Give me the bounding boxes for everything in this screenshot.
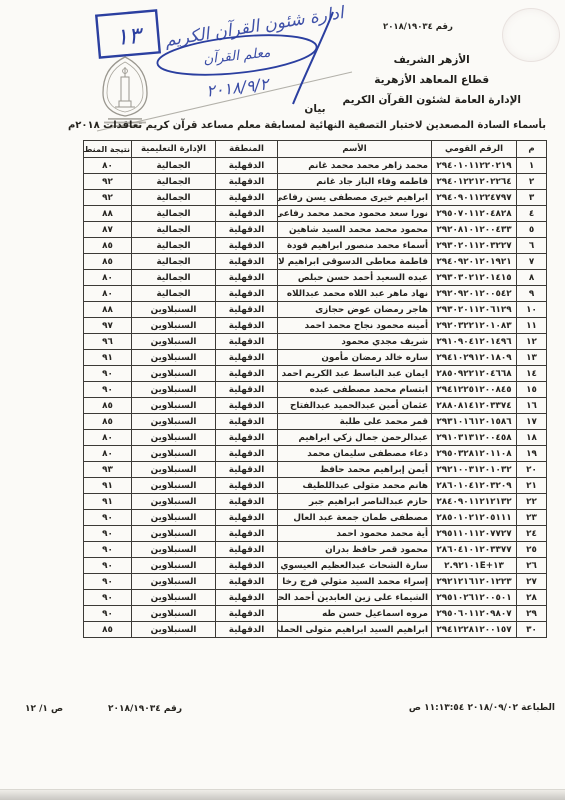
table-row: ٢٣٢٨٥٠١٠٢١٢٠٥١١١مصطفى طمان جمعة عبد العا… xyxy=(84,510,547,526)
cell-admin: السنبلاوين xyxy=(132,558,216,574)
cell-score: ٩٠ xyxy=(84,542,132,558)
cell-score: ٩٠ xyxy=(84,382,132,398)
handwritten-box-number: ١٣ xyxy=(115,23,146,51)
org-line-1: الأزهر الشريف xyxy=(342,50,521,70)
cell-score: ٨٠ xyxy=(84,286,132,302)
table-header-row: م الرقم القومي الأسم المنطقة الإدارة الت… xyxy=(84,141,547,158)
cell-national-id: ٢٩٤١٢٢٥١٢٠٠٨٤٥ xyxy=(432,382,517,398)
cell-region: الدقهلية xyxy=(216,206,278,222)
table-row: ١٤٢٨٥٠٩٢٢١٢٠٤٦٦٨ايمان عبد الباسط عبد الك… xyxy=(84,366,547,382)
handwritten-office-note: ادارة شئون القرآن الكريم xyxy=(163,2,347,51)
page-subtitle: بأسماء السادة المصعدين لاختبار التصفية ا… xyxy=(84,120,546,131)
table-row: ٢٧٢٩٢١٢١٦١٢٠١٢٢٣إسراء محمد السيد متولي ف… xyxy=(84,574,547,590)
footer-page-number: ص ١/ ١٢ xyxy=(25,704,80,714)
cell-admin: السنبلاوين xyxy=(132,574,216,590)
cell-score: ٨٠ xyxy=(84,158,132,174)
cell-region: الدقهلية xyxy=(216,510,278,526)
cell-score: ٨٥ xyxy=(84,622,132,638)
cell-national-id: ٢٩٥١١٠١١٢٠٧٧٢٧ xyxy=(432,526,517,542)
cell-national-id: ٢٩٣١٠١٦١٢٠١٥٨٦ xyxy=(432,414,517,430)
cell-row-number: ١٢ xyxy=(517,334,547,350)
cell-admin: السنبلاوين xyxy=(132,366,216,382)
table-row: ١٩٢٩٥٠٣٢٨١٢٠١١٠٨دعاء مصطفى سليمان محمدال… xyxy=(84,446,547,462)
cell-row-number: ١٦ xyxy=(517,398,547,414)
cell-score: ٩٧ xyxy=(84,318,132,334)
cell-name: محمد زاهر محمد محمد غانم xyxy=(278,158,432,174)
cell-row-number: ٢٤ xyxy=(517,526,547,542)
col-header-number: م xyxy=(517,141,547,158)
cell-name: محمود قمر حافظ بدران xyxy=(278,542,432,558)
cell-name: سارة الشحات عبدالعظيم العيسوي xyxy=(278,558,432,574)
footer-doc-number: رقم ٢٠١٨/١٩٠٣٤ xyxy=(108,704,188,714)
cell-national-id: ٢٩٥٠٦٠١١٢٠٩٨٠٧ xyxy=(432,606,517,622)
cell-row-number: ٢٩ xyxy=(517,606,547,622)
cell-admin: السنبلاوين xyxy=(132,462,216,478)
cell-name: شريف مجدي محمود xyxy=(278,334,432,350)
table-row: ٢٥٢٨٦٠٤١٠١٢٠٣٣٧٧محمود قمر حافظ بدرانالدق… xyxy=(84,542,547,558)
cell-name: مروه اسماعيل حسن طه xyxy=(278,606,432,622)
cell-score: ٩٣ xyxy=(84,462,132,478)
cell-row-number: ٢٠ xyxy=(517,462,547,478)
cell-national-id: ٢٩٢١٠٠٣١٢٠١٠٣٢ xyxy=(432,462,517,478)
cell-name: ساره خالد رمضان مأمون xyxy=(278,350,432,366)
handwritten-date: ٢٠١٨/٩/٢ xyxy=(205,74,272,101)
cell-row-number: ٩ xyxy=(517,286,547,302)
cell-row-number: ١٩ xyxy=(517,446,547,462)
cell-score: ٩٠ xyxy=(84,590,132,606)
cell-admin: السنبلاوين xyxy=(132,318,216,334)
cell-region: الدقهلية xyxy=(216,494,278,510)
cell-row-number: ٢٢ xyxy=(517,494,547,510)
cell-region: الدقهلية xyxy=(216,478,278,494)
org-header: الأزهر الشريف قطاع المعاهد الأزهرية الإد… xyxy=(342,50,521,110)
cell-score: ٨٨ xyxy=(84,302,132,318)
cell-row-number: ٥ xyxy=(517,222,547,238)
cell-score: ٨٥ xyxy=(84,398,132,414)
table-body: ١٢٩٤٠١٠١١٢٢٠٢١٩محمد زاهر محمد محمد غانما… xyxy=(84,158,547,638)
cell-row-number: ١ xyxy=(517,158,547,174)
cell-name: أية محمد محمود احمد xyxy=(278,526,432,542)
cell-admin: السنبلاوين xyxy=(132,414,216,430)
cell-admin: الجمالية xyxy=(132,270,216,286)
footer-print-info: الطباعة ٢٠١٨/٠٩/٠٢ ١١:١٣:٥٤ ص xyxy=(415,703,555,713)
cell-admin: السنبلاوين xyxy=(132,446,216,462)
cell-score: ٩٠ xyxy=(84,574,132,590)
col-header-region: المنطقة xyxy=(216,141,278,158)
cell-region: الدقهلية xyxy=(216,526,278,542)
cell-name: قمر محمد على طلبة xyxy=(278,414,432,430)
doc-number-top: رقم ٢٠١٨/١٩٠٣٤ xyxy=(383,22,453,32)
table-row: ١٥٢٩٤١٢٢٥١٢٠٠٨٤٥ابتسام محمد مصطفى عبدهال… xyxy=(84,382,547,398)
table-row: ١٢٩٤٠١٠١١٢٢٠٢١٩محمد زاهر محمد محمد غانما… xyxy=(84,158,547,174)
cell-row-number: ٢٦ xyxy=(517,558,547,574)
cell-admin: السنبلاوين xyxy=(132,510,216,526)
table-row: ٢٢٢٨٤٠٩٠١١٢١٢١٣٢حازم عبدالناصر ابراهيم ج… xyxy=(84,494,547,510)
cell-national-id: ٢٩٢١٢١٦١٢٠١٢٢٣ xyxy=(432,574,517,590)
table-row: ١١٢٩٢٠٣٢٢١٢٠١٠٨٣أمينه محمود نجاح محمد اح… xyxy=(84,318,547,334)
cell-row-number: ٦ xyxy=(517,238,547,254)
cell-national-id: ٢.٩٢١٠١E+١٣ xyxy=(432,558,517,574)
cell-row-number: ٣٠ xyxy=(517,622,547,638)
cell-row-number: ٣ xyxy=(517,190,547,206)
cell-score: ٨٥ xyxy=(84,414,132,430)
cell-row-number: ٢٣ xyxy=(517,510,547,526)
cell-row-number: ١٤ xyxy=(517,366,547,382)
cell-name: عبده السعيد أحمد حسن حبلص xyxy=(278,270,432,286)
table-row: ١٣٢٩٤١٠٢٩١٢٠١٨٠٩ساره خالد رمضان مأمونالد… xyxy=(84,350,547,366)
cell-name: ايمان عبد الباسط عبد الكريم احمد الجمال xyxy=(278,366,432,382)
cell-admin: السنبلاوين xyxy=(132,334,216,350)
cell-admin: السنبلاوين xyxy=(132,430,216,446)
cell-score: ٩٦ xyxy=(84,334,132,350)
cell-admin: الجمالية xyxy=(132,190,216,206)
cell-region: الدقهلية xyxy=(216,158,278,174)
table-row: ٢٢٩٤٠١٢٢١٢٠٢٢٦٤فاطمه وفاء الباز جاد غانم… xyxy=(84,174,547,190)
cell-row-number: ٢١ xyxy=(517,478,547,494)
cell-name: أمينه محمود نجاح محمد احمد xyxy=(278,318,432,334)
table-row: ٧٢٩٤٠٩٢٠١٢٠١٩٢١فاطمة معاطى الدسوقى ابراه… xyxy=(84,254,547,270)
page-title: بيان xyxy=(84,103,546,115)
al-azhar-logo-icon xyxy=(95,55,155,129)
cell-national-id: ٢٩٤١٢٢٨١٢٠٠١٥٧ xyxy=(432,622,517,638)
cell-region: الدقهلية xyxy=(216,398,278,414)
cell-national-id: ٢٩٥١٠٢٦١٢٠٠٥٠١ xyxy=(432,590,517,606)
cell-region: الدقهلية xyxy=(216,606,278,622)
cell-admin: الجمالية xyxy=(132,238,216,254)
cell-region: الدقهلية xyxy=(216,174,278,190)
cell-national-id: ٢٨٨٠٨١٤١٢٠٣٣٧٤ xyxy=(432,398,517,414)
cell-row-number: ٤ xyxy=(517,206,547,222)
cell-region: الدقهلية xyxy=(216,446,278,462)
cell-admin: السنبلاوين xyxy=(132,478,216,494)
table-row: ٢٨٢٩٥١٠٢٦١٢٠٠٥٠١الشيماء على زين العابدين… xyxy=(84,590,547,606)
cell-name: فاطمه وفاء الباز جاد غانم xyxy=(278,174,432,190)
cell-row-number: ١٥ xyxy=(517,382,547,398)
cell-region: الدقهلية xyxy=(216,270,278,286)
cell-region: الدقهلية xyxy=(216,238,278,254)
cell-score: ٩٢ xyxy=(84,174,132,190)
cell-row-number: ١٨ xyxy=(517,430,547,446)
results-table: م الرقم القومي الأسم المنطقة الإدارة الت… xyxy=(83,140,547,638)
cell-region: الدقهلية xyxy=(216,414,278,430)
cell-score: ٨٧ xyxy=(84,222,132,238)
cell-region: الدقهلية xyxy=(216,558,278,574)
cell-name: دعاء مصطفى سليمان محمد xyxy=(278,446,432,462)
cell-national-id: ٢٩١٠٩٠٤١٢٠١٤٩٦ xyxy=(432,334,517,350)
cell-region: الدقهلية xyxy=(216,382,278,398)
cell-name: أسماء محمد منصور ابراهيم فودة xyxy=(278,238,432,254)
cell-row-number: ٢ xyxy=(517,174,547,190)
cell-admin: السنبلاوين xyxy=(132,542,216,558)
cell-row-number: ١١ xyxy=(517,318,547,334)
cell-score: ٨٠ xyxy=(84,430,132,446)
cell-admin: السنبلاوين xyxy=(132,350,216,366)
cell-score: ٨٠ xyxy=(84,446,132,462)
cell-row-number: ٧ xyxy=(517,254,547,270)
cell-row-number: ١٣ xyxy=(517,350,547,366)
cell-admin: الجمالية xyxy=(132,158,216,174)
document-page: رقم ٢٠١٨/١٩٠٣٤ ادارة شئون القرآن الكريم … xyxy=(0,0,565,800)
col-header-name: الأسم xyxy=(278,141,432,158)
cell-national-id: ٢٩٤٠١٢٢١٢٠٢٢٦٤ xyxy=(432,174,517,190)
cell-national-id: ٢٩٣٠٢٠١١٢٠٦١٢٩ xyxy=(432,302,517,318)
cell-region: الدقهلية xyxy=(216,302,278,318)
cell-national-id: ٢٨٦٠٤١٠١٢٠٣٣٧٧ xyxy=(432,542,517,558)
cell-name: نورا سعد محمود محمد محمد رفاعى xyxy=(278,206,432,222)
cell-region: الدقهلية xyxy=(216,286,278,302)
cell-national-id: ٢٩٤٠٩٠١١٢٢٤٧٩٧ xyxy=(432,190,517,206)
cell-score: ٨٥ xyxy=(84,238,132,254)
cell-national-id: ٢٩٤٠١٠١١٢٢٠٢١٩ xyxy=(432,158,517,174)
cell-name: الشيماء على زين العابدين أحمد الحلو xyxy=(278,590,432,606)
cell-row-number: ١٧ xyxy=(517,414,547,430)
cell-region: الدقهلية xyxy=(216,366,278,382)
handwritten-circled-text: معلم القرآن xyxy=(202,44,271,68)
cell-region: الدقهلية xyxy=(216,350,278,366)
cell-national-id: ٢٩٤١٠٢٩١٢٠١٨٠٩ xyxy=(432,350,517,366)
table-row: ٤٢٩٥٠٧٠١١٢٠٤٨٢٨نورا سعد محمود محمد محمد … xyxy=(84,206,547,222)
cell-row-number: ٢٨ xyxy=(517,590,547,606)
cell-score: ٩١ xyxy=(84,350,132,366)
cell-admin: السنبلاوين xyxy=(132,398,216,414)
cell-admin: الجمالية xyxy=(132,254,216,270)
cell-region: الدقهلية xyxy=(216,590,278,606)
cell-score: ٩٠ xyxy=(84,510,132,526)
cell-row-number: ٨ xyxy=(517,270,547,286)
cell-score: ٩١ xyxy=(84,494,132,510)
cell-name: هاجر رمضان عوض حجازى xyxy=(278,302,432,318)
table-row: ١٦٢٨٨٠٨١٤١٢٠٣٣٧٤عثمان أمين عبدالحميد عبد… xyxy=(84,398,547,414)
table-row: ٢٠٢٩٢١٠٠٣١٢٠١٠٣٢أيمن إبراهيم محمد حافظال… xyxy=(84,462,547,478)
cell-national-id: ٢٩٥٠٣٢٨١٢٠١١٠٨ xyxy=(432,446,517,462)
col-header-admin: الإدارة التعليمية xyxy=(132,141,216,158)
cell-admin: السنبلاوين xyxy=(132,526,216,542)
table-row: ٢٩٢٩٥٠٦٠١١٢٠٩٨٠٧مروه اسماعيل حسن طهالدقه… xyxy=(84,606,547,622)
cell-region: الدقهلية xyxy=(216,318,278,334)
cell-national-id: ٢٩٣٠٢٠١١٢٠٣٢٢٧ xyxy=(432,238,517,254)
table-row: ٢١٢٨٦٠١٠٤١٢٠٣٢٠٩هانم محمد متولى عبداللطي… xyxy=(84,478,547,494)
cell-admin: السنبلاوين xyxy=(132,622,216,638)
cell-admin: الجمالية xyxy=(132,206,216,222)
cell-name: هانم محمد متولى عبداللطيف xyxy=(278,478,432,494)
cell-region: الدقهلية xyxy=(216,574,278,590)
cell-region: الدقهلية xyxy=(216,542,278,558)
cell-admin: السنبلاوين xyxy=(132,302,216,318)
table-row: ١٠٢٩٣٠٢٠١١٢٠٦١٢٩هاجر رمضان عوض حجازىالدق… xyxy=(84,302,547,318)
cell-score: ٩٠ xyxy=(84,526,132,542)
cell-score: ٩٠ xyxy=(84,558,132,574)
handwritten-circle xyxy=(156,29,319,82)
table-row: ٦٢٩٣٠٢٠١١٢٠٣٢٢٧أسماء محمد منصور ابراهيم … xyxy=(84,238,547,254)
cell-name: إسراء محمد السيد متولي فرج رخا xyxy=(278,574,432,590)
cell-score: ٩٠ xyxy=(84,606,132,622)
cell-admin: السنبلاوين xyxy=(132,606,216,622)
cell-score: ٩١ xyxy=(84,478,132,494)
cell-national-id: ٢٩٤٠٩٢٠١٢٠١٩٢١ xyxy=(432,254,517,270)
cell-national-id: ٢٨٦٠١٠٤١٢٠٣٢٠٩ xyxy=(432,478,517,494)
table-row: ٣٠٢٩٤١٢٢٨١٢٠٠١٥٧ابراهيم السيد ابراهيم مت… xyxy=(84,622,547,638)
cell-row-number: ٢٥ xyxy=(517,542,547,558)
cell-admin: السنبلاوين xyxy=(132,494,216,510)
cell-row-number: ٢٧ xyxy=(517,574,547,590)
table-row: ٥٢٩٢٠٨١٠١٢٠٠٤٣٣محمود محمد محمد السيد شاه… xyxy=(84,222,547,238)
cell-national-id: ٢٩١٠٣١٣١٢٠٠٤٥٨ xyxy=(432,430,517,446)
table-row: ٢٤٢٩٥١١٠١١٢٠٧٧٢٧أية محمد محمود احمدالدقه… xyxy=(84,526,547,542)
cell-national-id: ٢٩٥٠٧٠١١٢٠٤٨٢٨ xyxy=(432,206,517,222)
table-row: ١٨٢٩١٠٣١٣١٢٠٠٤٥٨عبدالرحمن جمال زكي ابراه… xyxy=(84,430,547,446)
cell-region: الدقهلية xyxy=(216,430,278,446)
cell-national-id: ٢٨٥٠١٠٢١٢٠٥١١١ xyxy=(432,510,517,526)
table-row: ١٧٢٩٣١٠١٦١٢٠١٥٨٦قمر محمد على طلبةالدقهلي… xyxy=(84,414,547,430)
cell-national-id: ٢٨٤٠٩٠١١٢١٢١٣٢ xyxy=(432,494,517,510)
col-header-national-id: الرقم القومي xyxy=(432,141,517,158)
cell-admin: السنبلاوين xyxy=(132,382,216,398)
cell-national-id: ٢٩٢٠٣٢٢١٢٠١٠٨٣ xyxy=(432,318,517,334)
scan-edge xyxy=(0,789,565,800)
col-header-score: نتيجة المنطقة xyxy=(84,141,132,158)
cell-admin: الجمالية xyxy=(132,174,216,190)
cell-name: نهاد ماهر عبد اللاه محمد عبداللاه xyxy=(278,286,432,302)
cell-national-id: ٢٨٥٠٩٢٢١٢٠٤٦٦٨ xyxy=(432,366,517,382)
cell-region: الدقهلية xyxy=(216,254,278,270)
table-row: ٨٢٩٣٠٣٠٢١٢٠١٤١٥عبده السعيد أحمد حسن حبلص… xyxy=(84,270,547,286)
handwritten-box xyxy=(96,10,159,57)
cell-name: أيمن إبراهيم محمد حافظ xyxy=(278,462,432,478)
cell-score: ٩٢ xyxy=(84,190,132,206)
cell-name: عبدالرحمن جمال زكي ابراهيم xyxy=(278,430,432,446)
cell-name: عثمان أمين عبدالحميد عبدالفتاح xyxy=(278,398,432,414)
cell-admin: السنبلاوين xyxy=(132,590,216,606)
cell-row-number: ١٠ xyxy=(517,302,547,318)
cell-name: فاطمة معاطى الدسوقى ابراهيم لاشين xyxy=(278,254,432,270)
cell-region: الدقهلية xyxy=(216,334,278,350)
cell-national-id: ٢٩٢٠٩٢٠١٢٠٠٥٤٢ xyxy=(432,286,517,302)
cell-name: محمود محمد محمد السيد شاهين xyxy=(278,222,432,238)
cell-name: مصطفى طمان جمعة عبد العال xyxy=(278,510,432,526)
cell-score: ٨٥ xyxy=(84,254,132,270)
cell-national-id: ٢٩٢٠٨١٠١٢٠٠٤٣٣ xyxy=(432,222,517,238)
cell-name: حازم عبدالناصر ابراهيم جبر xyxy=(278,494,432,510)
table-row: ٩٢٩٢٠٩٢٠١٢٠٠٥٤٢نهاد ماهر عبد اللاه محمد … xyxy=(84,286,547,302)
cell-name: ابراهيم السيد ابراهيم متولى الحملى xyxy=(278,622,432,638)
cell-region: الدقهلية xyxy=(216,190,278,206)
cell-region: الدقهلية xyxy=(216,222,278,238)
cell-name: ابتسام محمد مصطفى عبده xyxy=(278,382,432,398)
cell-score: ٨٠ xyxy=(84,270,132,286)
org-line-2: قطاع المعاهد الأزهرية xyxy=(342,70,521,90)
table-row: ٢٦٢.٩٢١٠١E+١٣سارة الشحات عبدالعظيم العيس… xyxy=(84,558,547,574)
cell-score: ٨٨ xyxy=(84,206,132,222)
cell-admin: الجمالية xyxy=(132,286,216,302)
cell-national-id: ٢٩٣٠٣٠٢١٢٠١٤١٥ xyxy=(432,270,517,286)
cell-name: ابراهيم خيرى مصطفى يسن رفاعى xyxy=(278,190,432,206)
table-row: ١٢٢٩١٠٩٠٤١٢٠١٤٩٦شريف مجدي محمودالدقهليةا… xyxy=(84,334,547,350)
cell-region: الدقهلية xyxy=(216,622,278,638)
cell-region: الدقهلية xyxy=(216,462,278,478)
table-row: ٣٢٩٤٠٩٠١١٢٢٤٧٩٧ابراهيم خيرى مصطفى يسن رف… xyxy=(84,190,547,206)
cell-score: ٩٠ xyxy=(84,366,132,382)
cell-admin: الجمالية xyxy=(132,222,216,238)
signature-stroke xyxy=(293,12,333,104)
